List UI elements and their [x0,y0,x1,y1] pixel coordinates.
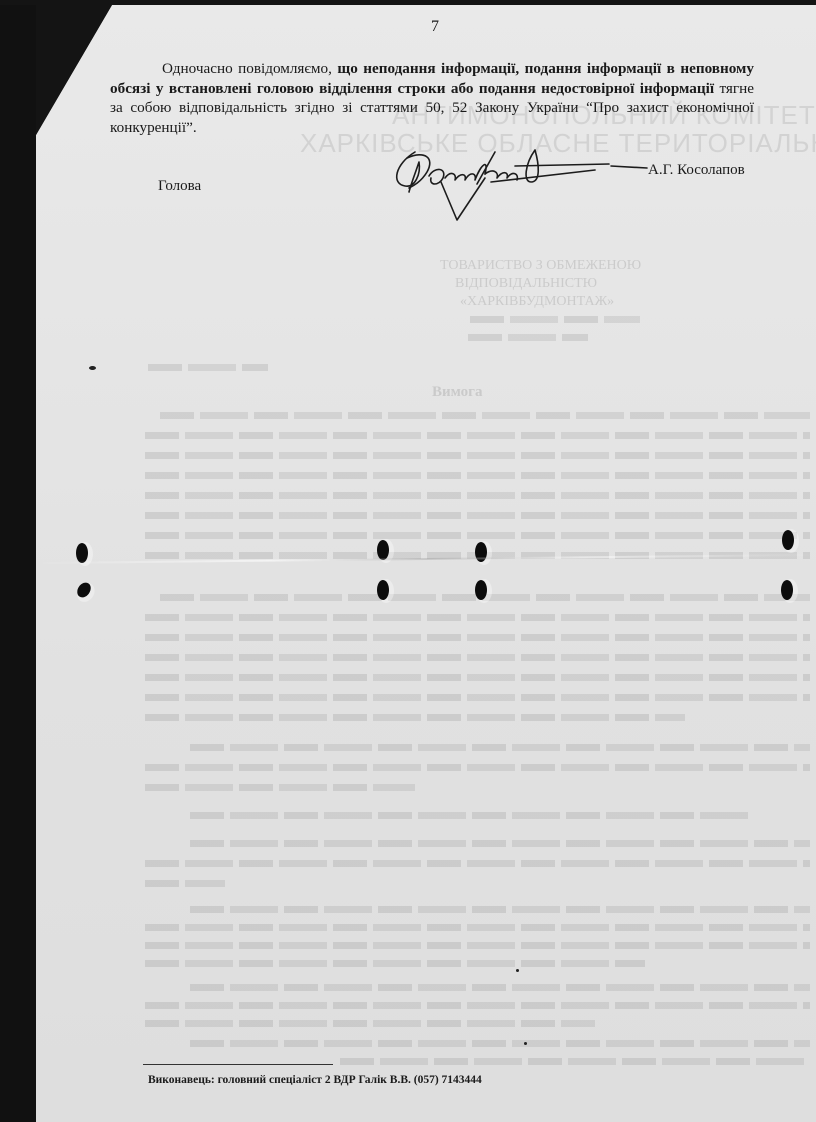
punch-hole [475,580,487,600]
scan-speck [524,1042,527,1045]
signatory-name: А.Г. Косолапов [648,162,745,179]
punch-hole [781,580,793,600]
scan-top-border [0,0,816,5]
page-number: 7 [431,18,439,36]
signature-block: Голова А.Г. Косолапов [0,150,816,230]
punch-hole [377,540,389,560]
handwritten-signature [385,144,655,234]
notice-paragraph: Одночасно повідомляємо, що неподання інф… [110,59,754,137]
scan-speck [89,366,96,370]
punch-hole [377,580,389,600]
scan-speck [516,969,519,972]
notice-intro: Одночасно повідомляємо, [162,60,337,77]
signatory-role: Голова [158,178,201,195]
executor-footer: Виконавець: головний спеціаліст 2 ВДР Га… [148,1074,482,1086]
punch-hole [76,543,88,563]
footer-divider [143,1064,333,1065]
punch-hole [782,530,794,550]
